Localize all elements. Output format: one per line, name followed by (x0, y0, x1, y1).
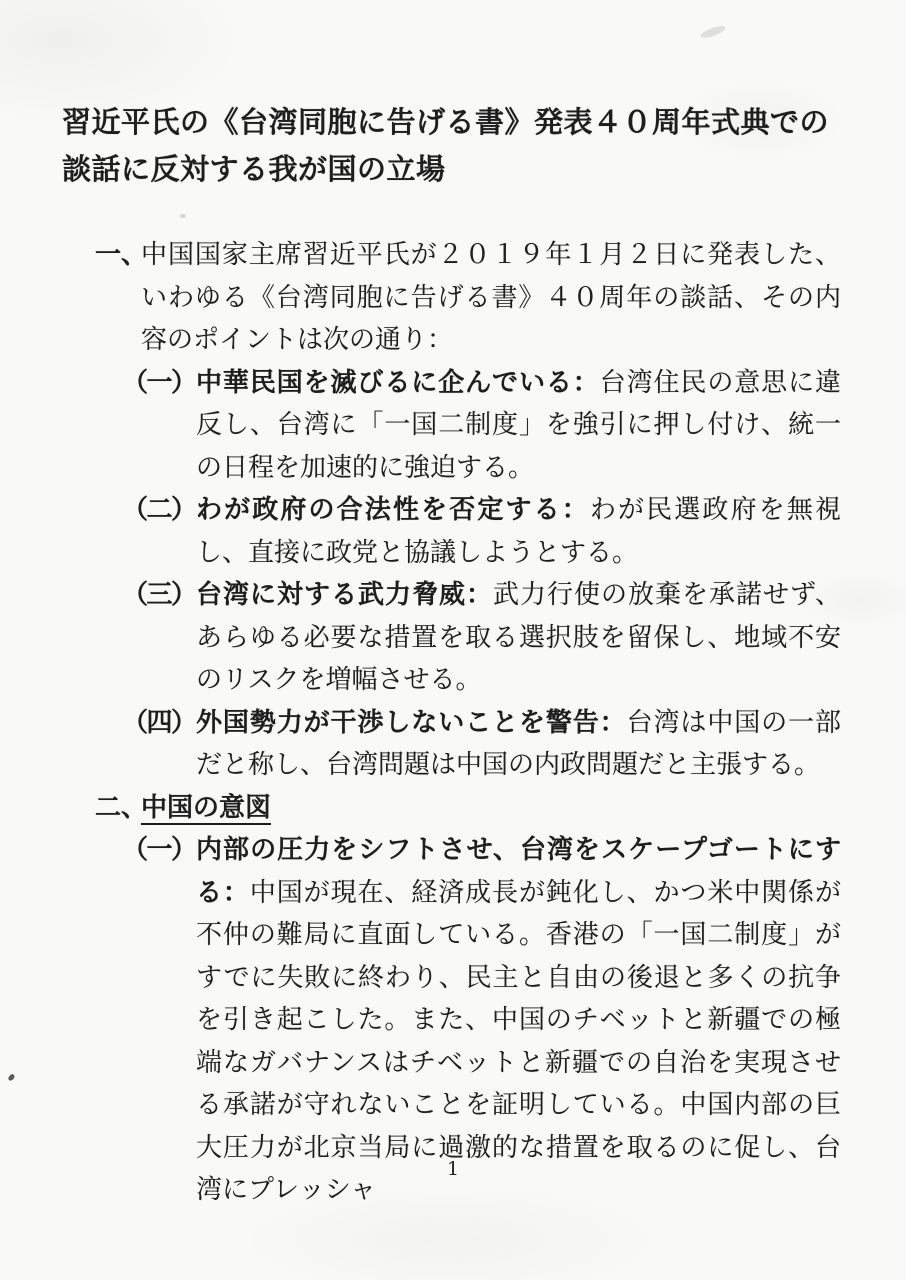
item-1-1-text: 中華民国を滅びるに企んでいる：台湾住民の意思に違反し、台湾に「一国二制度」を強引… (196, 362, 841, 490)
item-2-1-marker: （一） (122, 829, 196, 872)
document-title-line1: 習近平氏の《台湾同胞に告げる書》発表４０周年式典での (62, 100, 862, 147)
item-2-1-body: 中国が現在、経済成長が鈍化し、かつ米中関係が不仲の難局に直面している。香港の「一… (196, 878, 841, 1205)
item-1-4-heading: 外国勢力が干渉しないことを警告： (196, 708, 627, 737)
item-1-2-heading: わが政府の合法性を否定する： (196, 495, 590, 524)
item-1-2-text: わが政府の合法性を否定する：わが民選政府を無視し、直接に政党と協議しようとする。 (196, 489, 841, 574)
scan-speck-icon (180, 214, 186, 218)
section-2-marker: 二、 (95, 787, 141, 830)
list-item: （三） 台湾に対する武力脅威：武力行使の放棄を承諾せず、あらゆる必要な措置を取る… (122, 574, 906, 702)
section-1-marker: 一、 (95, 234, 141, 277)
section-2-heading: 中国の意図 (141, 793, 271, 822)
item-1-4-text: 外国勢力が干渉しないことを警告：台湾は中国の一部だと称し、台湾問題は中国の内政問… (196, 702, 841, 787)
section-2-heading-wrap: 中国の意図 (141, 787, 841, 830)
list-item: （二） わが政府の合法性を否定する：わが民選政府を無視し、直接に政党と協議しよう… (122, 489, 906, 574)
item-1-3-text: 台湾に対する武力脅威：武力行使の放棄を承諾せず、あらゆる必要な措置を取る選択肢を… (196, 574, 841, 702)
scan-smudge-icon (699, 24, 726, 40)
item-1-1-heading: 中華民国を滅びるに企んでいる： (196, 368, 600, 397)
section-2: 二、 中国の意図 (95, 787, 906, 830)
list-item: （一） 内部の圧力をシフトさせ、台湾をスケープゴートにする：中国が現在、経済成長… (122, 829, 906, 1212)
section-1-intro: 中国国家主席習近平氏が２０１９年１月２日に発表した、いわゆる《台湾同胞に告げる書… (141, 234, 841, 362)
list-item: （一） 中華民国を滅びるに企んでいる：台湾住民の意思に違反し、台湾に「一国二制度… (122, 362, 906, 490)
item-1-2-marker: （二） (122, 489, 196, 532)
page-number: 1 (0, 1158, 906, 1180)
item-2-1-text: 内部の圧力をシフトさせ、台湾をスケープゴートにする：中国が現在、経済成長が鈍化し… (196, 829, 841, 1212)
item-1-3-marker: （三） (122, 574, 196, 617)
section-1: 一、 中国国家主席習近平氏が２０１９年１月２日に発表した、いわゆる《台湾同胞に告… (95, 234, 906, 362)
item-1-1-marker: （一） (122, 362, 196, 405)
item-1-3-heading: 台湾に対する武力脅威： (196, 580, 493, 609)
document-title-line2: 談話に反対する我が国の立場 (62, 147, 862, 194)
document-body: 一、 中国国家主席習近平氏が２０１９年１月２日に発表した、いわゆる《台湾同胞に告… (0, 234, 906, 1212)
document-title: 習近平氏の《台湾同胞に告げる書》発表４０周年式典での 談話に反対する我が国の立場 (62, 100, 862, 194)
list-item: （四） 外国勢力が干渉しないことを警告：台湾は中国の一部だと称し、台湾問題は中国… (122, 702, 906, 787)
scanned-document-page: { "title": { "line1": "習近平氏の《台湾同胞に告げる書》発… (0, 0, 906, 1280)
item-1-4-marker: （四） (122, 702, 196, 745)
